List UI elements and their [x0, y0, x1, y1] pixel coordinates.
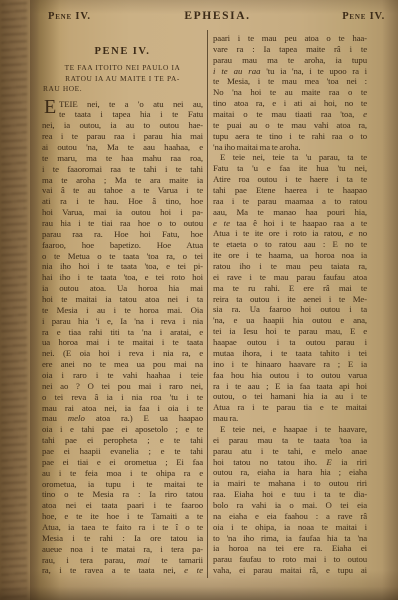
text-line: Atua, ia taea te faito ra i te î o te — [42, 522, 203, 533]
text-line: 28bolo ra vahi ia o mai. O tei eia — [213, 500, 367, 511]
text-line: Atua i te ite ore i roto ia ratou, e no — [213, 228, 367, 239]
text-line: te Mesia, i te mau mea 'toa nei : — [213, 76, 367, 87]
text-line: tahi pae Etene haerea i te haapao — [213, 185, 367, 196]
text-line: 29ia horoa na tei ere ra. Eiaha ei — [213, 543, 367, 554]
text-line: te maru, ma te haa mahu raa roa, — [42, 153, 203, 164]
text-line: 17E teie nei, teie ta 'u parau, ta te — [213, 152, 367, 163]
text-line: oia i te ohipa, ia noaa te maitai i — [213, 522, 367, 533]
text-line: e te taa ê hoi i te haapao raa a te — [213, 218, 367, 229]
text-line: reira ta outou i ite aenei i te Me- — [213, 294, 367, 305]
text-line: 24ra i te aau ; E ia faa taata api hoi — [213, 381, 367, 392]
text-line: hoi Varua, mai ia outou hoi i pa- — [42, 207, 203, 218]
text-line: 21sia ra. Ua faaroo hoi outou i ta — [213, 304, 367, 315]
text-line: raa i te parau maamaa a to ratou — [213, 196, 367, 207]
text-line: ei rave i te mau parau faufau atoa — [213, 272, 367, 283]
text-line: 'na, e ua haapii hia outou e ana, — [213, 315, 367, 326]
text-line: oia i raro i te vahi haahaa i teie — [42, 370, 203, 381]
text-line: pae ei haapii evanelia ; e te tahi — [42, 446, 203, 457]
text-line: outou ra, eiaha ia hara hia ; eiaha — [213, 467, 367, 478]
text-line: 2ai outou 'na, Ma te aau haahaa, e — [42, 142, 203, 153]
spine-showthrough-text — [1, 0, 27, 600]
text-line: vai â te au tahoe a te Varua i te — [42, 185, 203, 196]
section-summary-line: TE FAA ITOITO NEI PAULO IA — [42, 63, 203, 74]
text-line: te puai au o te mau vahi atoa ra, — [213, 120, 367, 131]
text-line: rau hia i te tiai raa hoe o to outou — [42, 218, 203, 229]
text-line: o te Metua o te taata 'toa ra, o tei — [42, 251, 203, 262]
text-line: 25E teie nei, e haapae i te haavare, — [213, 424, 367, 435]
text-line: ia mairi te mahana i to outou riri — [213, 478, 367, 489]
text-line: tahi pae ei peropheta ; e te tahi — [42, 435, 203, 446]
text-line: 10nei ao ? O tei pou mai i raro nei, — [42, 381, 203, 392]
text-line: parau mau ma te aroha, ia tupu — [213, 55, 367, 66]
text-line: 9nei. (E oia hoi i reva i nia ra, e — [42, 348, 203, 359]
text-line: mutaa ihora, i te taata tahito i tei — [213, 348, 367, 359]
left-column: PENE IV. TE FAA ITOITO NEI PAULO IA RATO… — [42, 40, 203, 576]
text-line: rau, i tera parau, mai te tamarii — [42, 555, 203, 566]
text-line: ua horoa mai i te maitai i te taata — [42, 337, 203, 348]
text-line: faa hou hia outou i to outou varua — [213, 370, 367, 381]
book-page-photo: Pene IV. EPHESIA. Pene IV. PENE IV. TE F… — [0, 0, 398, 600]
text-line: 14Mesia i te rahi : Ia ore tatou ia — [42, 533, 203, 544]
text-line: paari i te mau peu atoa o te haa- — [213, 33, 367, 44]
text-line: au i te feia moa i te ohipa ra e — [42, 468, 203, 479]
text-line: orometua, ia tupu i te maitai te — [42, 479, 203, 490]
text-line: Fatu ta 'u e faa ite hua 'tu nei, — [213, 163, 367, 174]
text-line: hoe, e te ite hoe i te Tamaiti a te — [42, 511, 203, 522]
text-line: outou, o tei hamani hia ia au i te — [213, 391, 367, 402]
text-line: i te faaoromai raa te tahi i te tahi — [42, 164, 203, 175]
page-bottom-shade — [0, 570, 398, 600]
text-line: haapae outou i ta outou parau i — [213, 337, 367, 348]
text-line: na eiaha e eia faahou : a rave râ — [213, 511, 367, 522]
right-column-lines: paari i te mau peu atoa o te haa-15vare … — [213, 33, 367, 576]
chapter-heading: PENE IV. — [42, 46, 203, 58]
text-line: 'na iho maitai ma te aroha. — [213, 142, 367, 153]
text-line: 13tino o te Mesia ra : Ia riro tatou — [42, 489, 203, 500]
text-line: oia i e tahi pae ei aposetolo ; e te — [42, 424, 203, 435]
text-line: maitai o te mau tiaati raa 'toa, e — [213, 109, 367, 120]
page-right-shade — [382, 0, 398, 600]
text-line: 5parau raa ra. Hoe hoi Fatu, hoe — [42, 229, 203, 240]
printed-page: Pene IV. EPHESIA. Pene IV. PENE IV. TE F… — [40, 0, 396, 600]
text-line: ei parau mau ta te taata 'toa ia — [213, 435, 367, 446]
text-line: nia iho hoi i te taata 'toa, e tei pi- — [42, 261, 203, 272]
text-line: 22tei ia Iesu hoi te parau mau, E e — [213, 326, 367, 337]
text-line: parau faufau to roto mai i to outou — [213, 554, 367, 565]
text-line: o tei reva â ia i nia roa 'tu i te — [42, 392, 203, 403]
text-line: atoa nei ei taata paari i te faaroo — [42, 500, 203, 511]
text-line: 23ino i te hinaaro haavare ra ; E ia — [213, 359, 367, 370]
text-line: te taata i tapea hia i te Fatu — [42, 109, 203, 120]
text-line: i parau hia 'i e, Ia 'na i reva i nia — [42, 316, 203, 327]
text-line: 18aau, Ma te manao haa pouri hia, — [213, 207, 367, 218]
text-line: 3ma te aroha ; Ma te ara maite ia — [42, 175, 203, 186]
text-line: 26hoi tatou no tatou iho. E ia riri — [213, 457, 367, 468]
text-line: 6faaroo, hoe bapetizo. Hoe Atua — [42, 240, 203, 251]
text-line: hai iho i te taata 'toa, e tei roto hoi — [42, 272, 203, 283]
text-line: 12pae ei tiai e ei orometua ; Ei faa — [42, 457, 203, 468]
text-line: 16No 'na hoi te au maite raa o te — [213, 87, 367, 98]
text-line: ite ore i te haama, ua horoa noa ia — [213, 250, 367, 261]
text-line: 20ma te ru rahi. E ere râ mai te — [213, 283, 367, 294]
section-summary-line: RAU HOE. — [42, 84, 203, 95]
section-summary-line: RATOU IA AU MAITE I TE PA- — [42, 74, 203, 85]
text-line: mau rai atoa nei, ia faa i oia i te — [42, 403, 203, 414]
right-column: paari i te mau peu atoa o te haa-15vare … — [213, 33, 367, 576]
text-line: 8te Mesia i au i te horoa mai. Oia — [42, 305, 203, 316]
text-line: 19te etaeta o to ratou aau : E no te — [213, 239, 367, 250]
text-line: 27raa. Eiaha hoi e tuu i ta te dia- — [213, 489, 367, 500]
text-line: 4ati ra i te hau. Hoe â tino, hoe — [42, 196, 203, 207]
text-line: Atua ra i te parau tia e te maitai — [213, 402, 367, 413]
text-line: TEIE nei, te a 'o atu nei au, — [42, 99, 203, 110]
text-line: Atire roa outou i te haere i ta te — [213, 174, 367, 185]
text-line: hoi te maitai ia tatou atoa nei i ta — [42, 294, 203, 305]
text-line: tupu aera te tino i te rahi raa o to — [213, 131, 367, 142]
text-line: rea i te parau raa i parau hia mai — [42, 131, 203, 142]
left-column-lines: E TEIE nei, te a 'o atu nei au,te taata … — [42, 99, 203, 577]
running-head: Pene IV. EPHESIA. Pene IV. — [44, 11, 391, 25]
text-line: ratou iho i te mau peu taiata ra, — [213, 261, 367, 272]
running-head-title: EPHESIA. — [44, 10, 391, 22]
text-line: ra e tiaa rahi titi ta 'na i aratai, e — [42, 327, 203, 338]
column-divider-rule — [207, 30, 208, 578]
text-line: nei, ia outou, ia au to outou hae- — [42, 120, 203, 131]
text-line: to 'na iho rima, ia faufaa hia ta 'na — [213, 533, 367, 544]
text-line: 11mau melo atoa ra.) E ua haapao — [42, 413, 203, 424]
text-line: aueue noa i te matai ra, i tera pa- — [42, 544, 203, 555]
text-line: ere anei no te mea ua pou mai na — [42, 359, 203, 370]
running-head-right: Pene IV. — [342, 11, 385, 22]
text-line: parau atu i te tahi, e melo anae — [213, 446, 367, 457]
text-line: i te au raa 'tu ia 'na, i te upoo ra i — [213, 66, 367, 77]
text-line: mau ra. — [213, 413, 367, 424]
text-line: 15vare ra : Ia tapea maite râ i te — [213, 44, 367, 55]
text-line: tino atoa ra, e i ati ai hoi, no te — [213, 98, 367, 109]
text-line: 7ia outou atoa. Ua horoa hia mai — [42, 283, 203, 294]
